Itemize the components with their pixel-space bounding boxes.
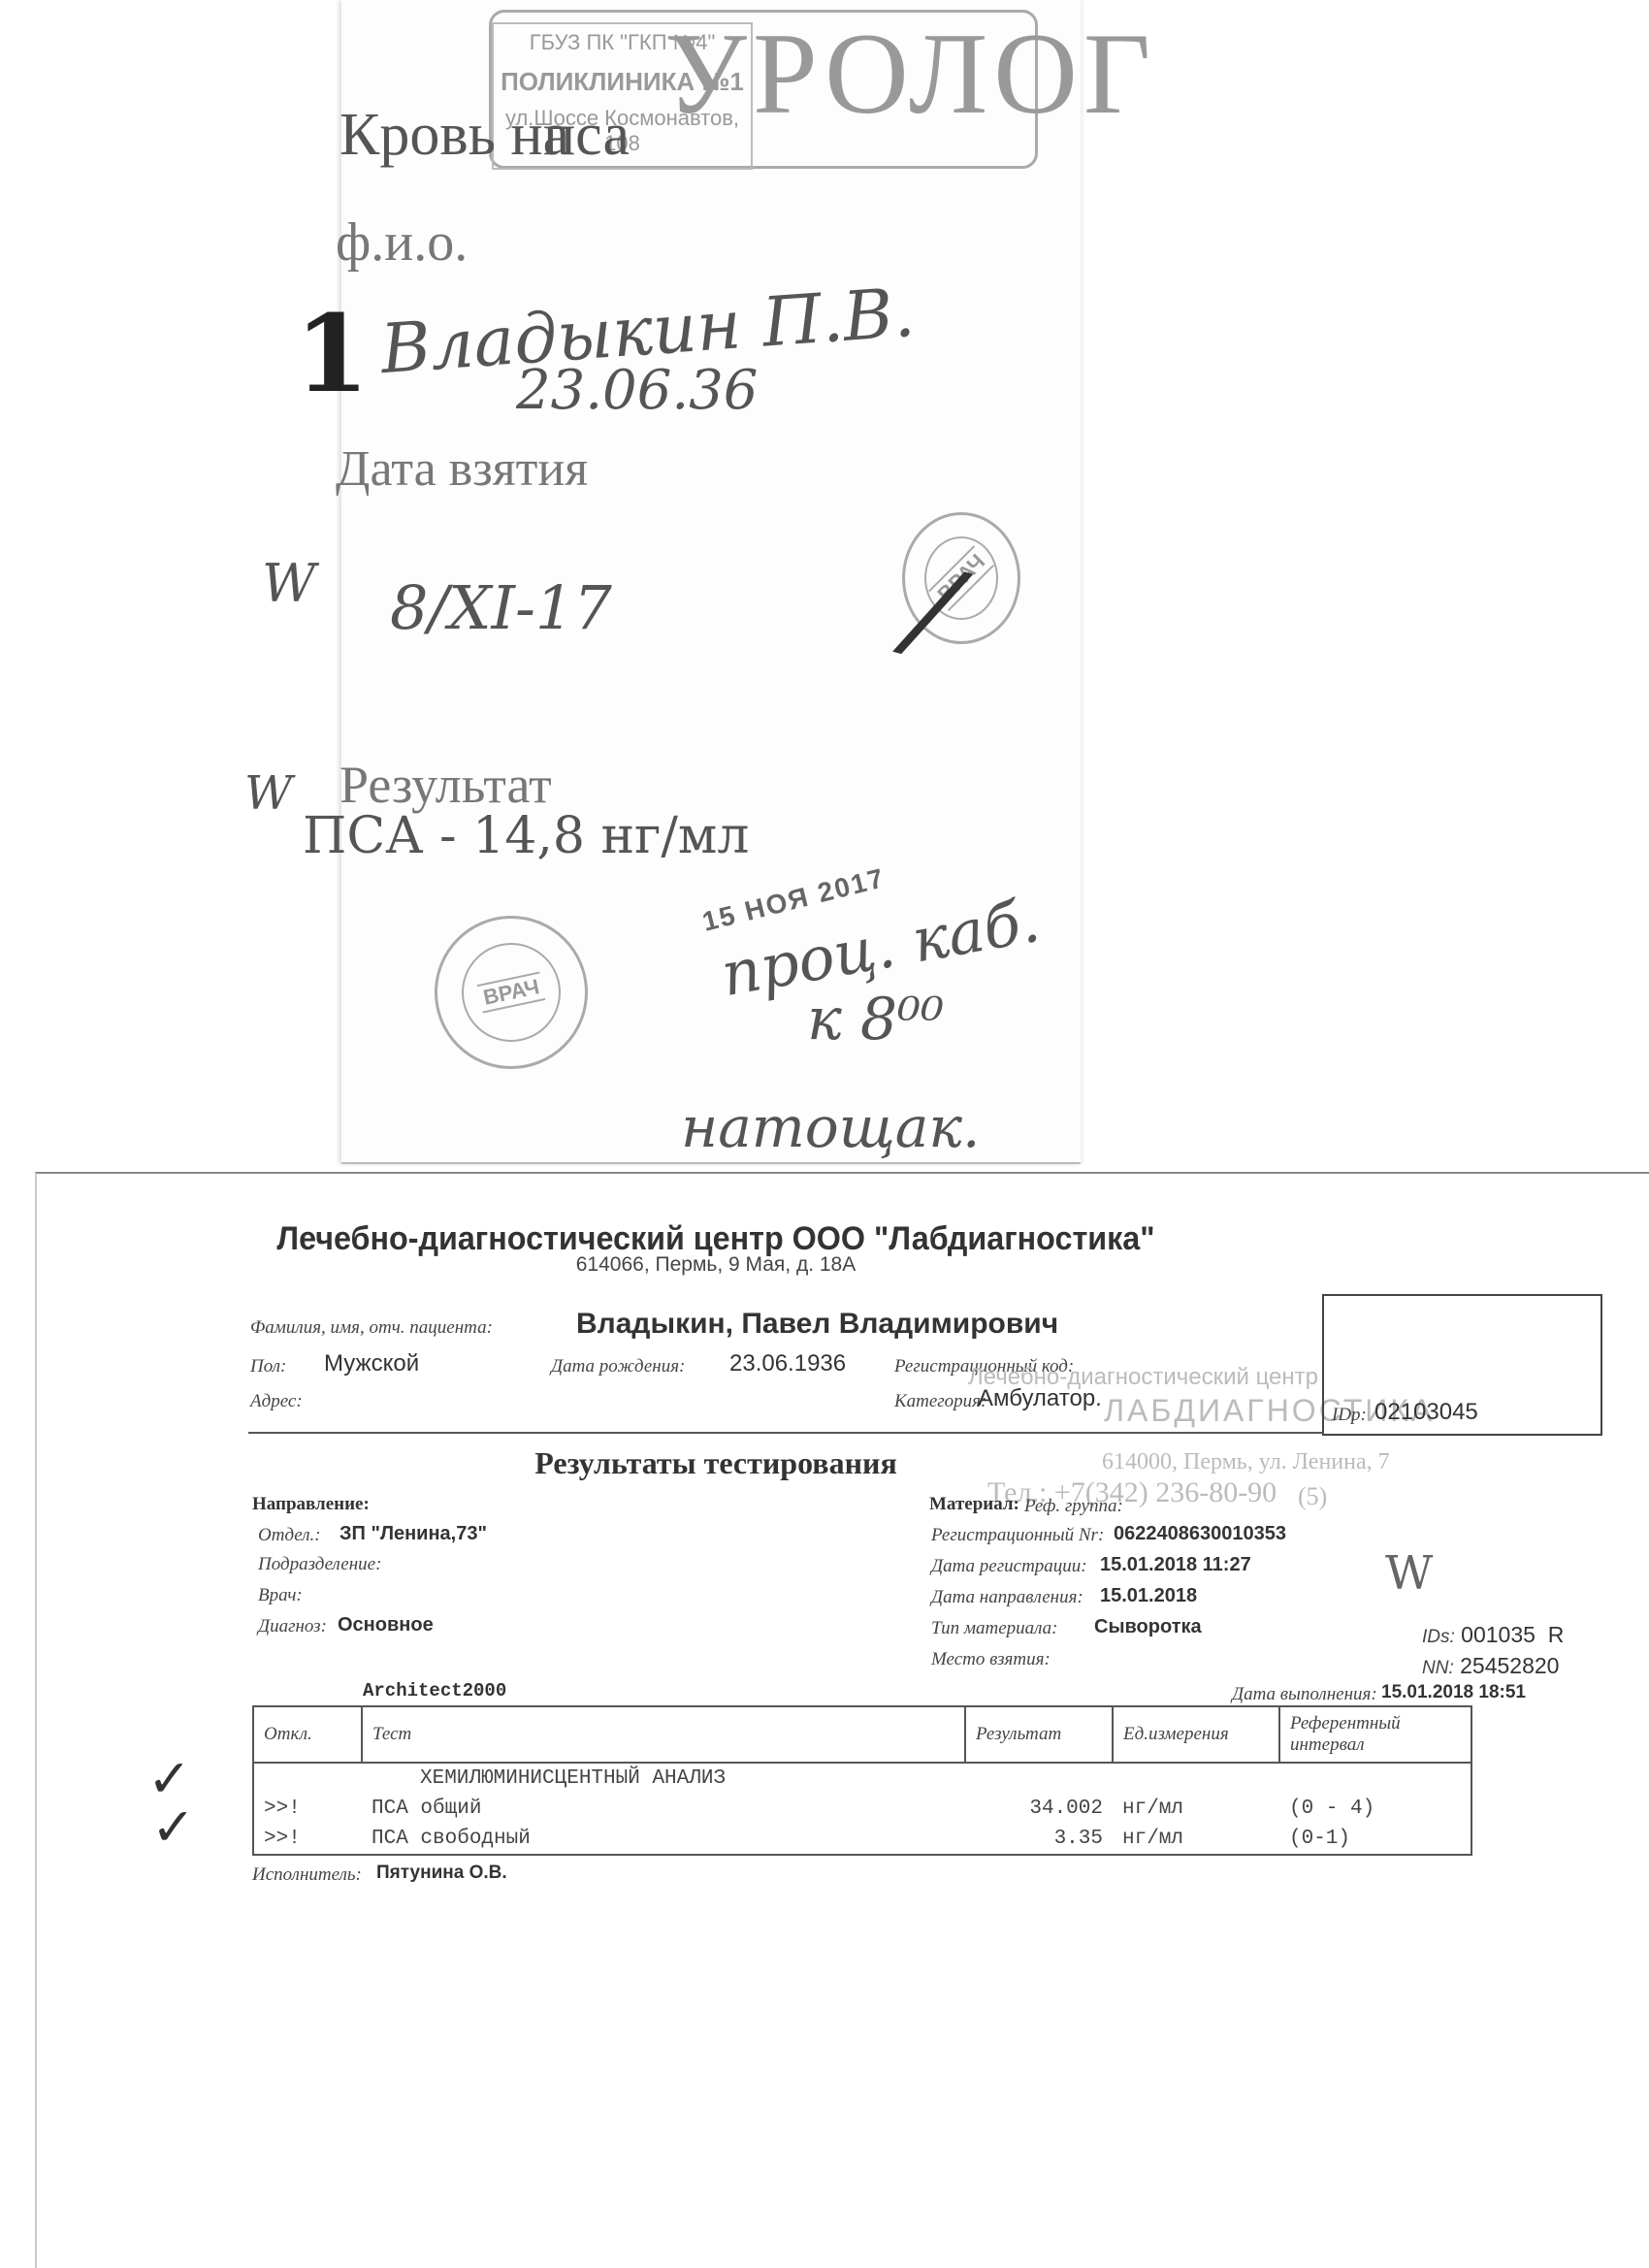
row-test: ПСА свободный	[362, 1824, 965, 1855]
completed-label: Дата выполнения:	[1232, 1684, 1377, 1705]
row-test: ПСА общий	[362, 1794, 965, 1824]
dob-value: 23.06.1936	[729, 1350, 846, 1377]
table-row: >>! ПСА свободный 3.35 нг/мл (0-1)	[253, 1824, 1471, 1855]
faint-stamp-line3: 614000, Пермь, ул. Ленина, 7	[1102, 1449, 1390, 1475]
address-label: Адрес:	[250, 1391, 303, 1412]
referral-slip: ГБУЗ ПК "ГКП №4" ПОЛИКЛИНИКА №1 ул.Шоссе…	[341, 0, 1081, 1164]
patient-name: Владыкин, Павел Владимирович	[576, 1308, 1058, 1341]
dob-handwritten: 23.06.36	[516, 359, 758, 422]
result-label: Результат	[339, 755, 552, 815]
reg-nr-value: 0622408630010353	[1114, 1523, 1286, 1545]
results-table: Откл. Тест Результат Ед.измерения Рефере…	[252, 1705, 1472, 1856]
row-flag: >>!	[253, 1824, 362, 1855]
stamp-urologist-text: УРОЛОГ	[664, 7, 1156, 141]
annotation-number: 1	[295, 291, 370, 416]
ids-row: IDs: 001035 R	[1422, 1622, 1564, 1648]
form-heading: Кровь на	[339, 101, 569, 170]
faint-stamp-line1: Лечебно-диагностический центр	[968, 1364, 1318, 1391]
handwritten-mark: W	[1385, 1546, 1433, 1601]
nn-label: NN:	[1422, 1658, 1454, 1678]
table-row: >>! ПСА общий 34.002 нг/мл (0 - 4)	[253, 1794, 1471, 1824]
row-unit: нг/мл	[1113, 1824, 1279, 1855]
note-line2: к 8⁰⁰	[807, 986, 944, 1053]
dept-label: Отдел.:	[258, 1525, 321, 1546]
nn-row: NN: 25452820	[1422, 1653, 1559, 1679]
category-label: Категория:	[894, 1391, 986, 1412]
col-result: Результат	[965, 1706, 1113, 1763]
sex-value: Мужской	[324, 1350, 419, 1377]
sample-date-handwritten: 8/XI-17	[390, 572, 612, 643]
dob-label: Дата рождения:	[551, 1356, 685, 1377]
idp-box: IDp: 02103045	[1322, 1294, 1602, 1436]
performer-value: Пятунина О.В.	[376, 1863, 507, 1884]
lab-address: 614066, Пермь, 9 Мая, д. 18А	[37, 1253, 1395, 1277]
referral-date-label: Дата направления:	[931, 1587, 1083, 1608]
lab-result-sheet: Лечебно-диагностический центр ООО "Лабди…	[35, 1172, 1649, 2268]
check-icon: ✓	[151, 1797, 195, 1858]
material-heading: Материал:	[929, 1494, 1019, 1515]
completed-value: 15.01.2018 18:51	[1381, 1682, 1526, 1703]
sex-label: Пол:	[250, 1356, 286, 1377]
reg-nr-label: Регистрационный Nr:	[931, 1525, 1104, 1546]
row-reference: (0-1)	[1279, 1824, 1471, 1855]
idp-value: 02103045	[1374, 1399, 1478, 1426]
row-reference: (0 - 4)	[1279, 1794, 1471, 1824]
diagnosis-value: Основное	[338, 1614, 434, 1636]
collection-site-label: Место взятия:	[931, 1649, 1051, 1670]
doctor-stamp-2: ВРАЧ	[435, 916, 588, 1069]
ids-value: 001035 R	[1461, 1622, 1564, 1647]
header-divider	[248, 1432, 1324, 1434]
subdivision-label: Подразделение:	[258, 1554, 381, 1575]
faint-stamp-number: (5)	[1298, 1482, 1327, 1511]
dept-value: ЗП "Ленина,73"	[339, 1523, 487, 1545]
doctor-stamp-2-word: ВРАЧ	[476, 971, 545, 1013]
ref-group-label: Реф. группа:	[1024, 1496, 1123, 1517]
performer-label: Исполнитель:	[252, 1864, 362, 1886]
col-unit: Ед.измерения	[1113, 1706, 1279, 1763]
col-reference: Референтный интервал	[1279, 1706, 1471, 1763]
reg-date-label: Дата регистрации:	[931, 1556, 1087, 1577]
nn-value: 25452820	[1460, 1653, 1559, 1678]
diagnosis-label: Диагноз:	[258, 1616, 327, 1637]
col-deviation: Откл.	[253, 1706, 362, 1763]
analyzer-name: Architect2000	[363, 1680, 506, 1701]
initials-mark-1: W	[262, 553, 316, 614]
referral-heading: Направление:	[252, 1494, 370, 1515]
material-type-label: Тип материала:	[931, 1618, 1058, 1639]
row-unit: нг/мл	[1113, 1794, 1279, 1824]
note-line3: натощак.	[681, 1094, 980, 1160]
doctor-label: Врач:	[258, 1585, 303, 1606]
ids-label: IDs:	[1422, 1627, 1455, 1647]
row-result: 34.002	[965, 1794, 1113, 1824]
group-title: ХЕМИЛЮМИНИСЦЕНТНЫЙ АНАЛИЗ	[362, 1763, 1471, 1794]
material-type-value: Сыворотка	[1094, 1616, 1202, 1638]
result-handwritten: ПСА - 14,8 нг/мл	[303, 807, 749, 865]
group-row: ХЕМИЛЮМИНИСЦЕНТНЫЙ АНАЛИЗ	[253, 1763, 1471, 1794]
patient-name-label: Фамилия, имя, отч. пациента:	[250, 1317, 493, 1339]
sample-date-label: Дата взятия	[336, 440, 588, 498]
fio-label: ф.и.о.	[336, 211, 468, 274]
initials-mark-2: W	[244, 766, 292, 821]
results-header-row: Откл. Тест Результат Ед.измерения Рефере…	[253, 1706, 1471, 1763]
reg-date-value: 15.01.2018 11:27	[1100, 1554, 1251, 1576]
idp-label: IDp:	[1332, 1405, 1367, 1426]
form-heading-psa: пса	[543, 101, 630, 170]
referral-date-value: 15.01.2018	[1100, 1585, 1197, 1607]
col-test: Тест	[362, 1706, 965, 1763]
row-result: 3.35	[965, 1824, 1113, 1855]
row-flag: >>!	[253, 1794, 362, 1824]
